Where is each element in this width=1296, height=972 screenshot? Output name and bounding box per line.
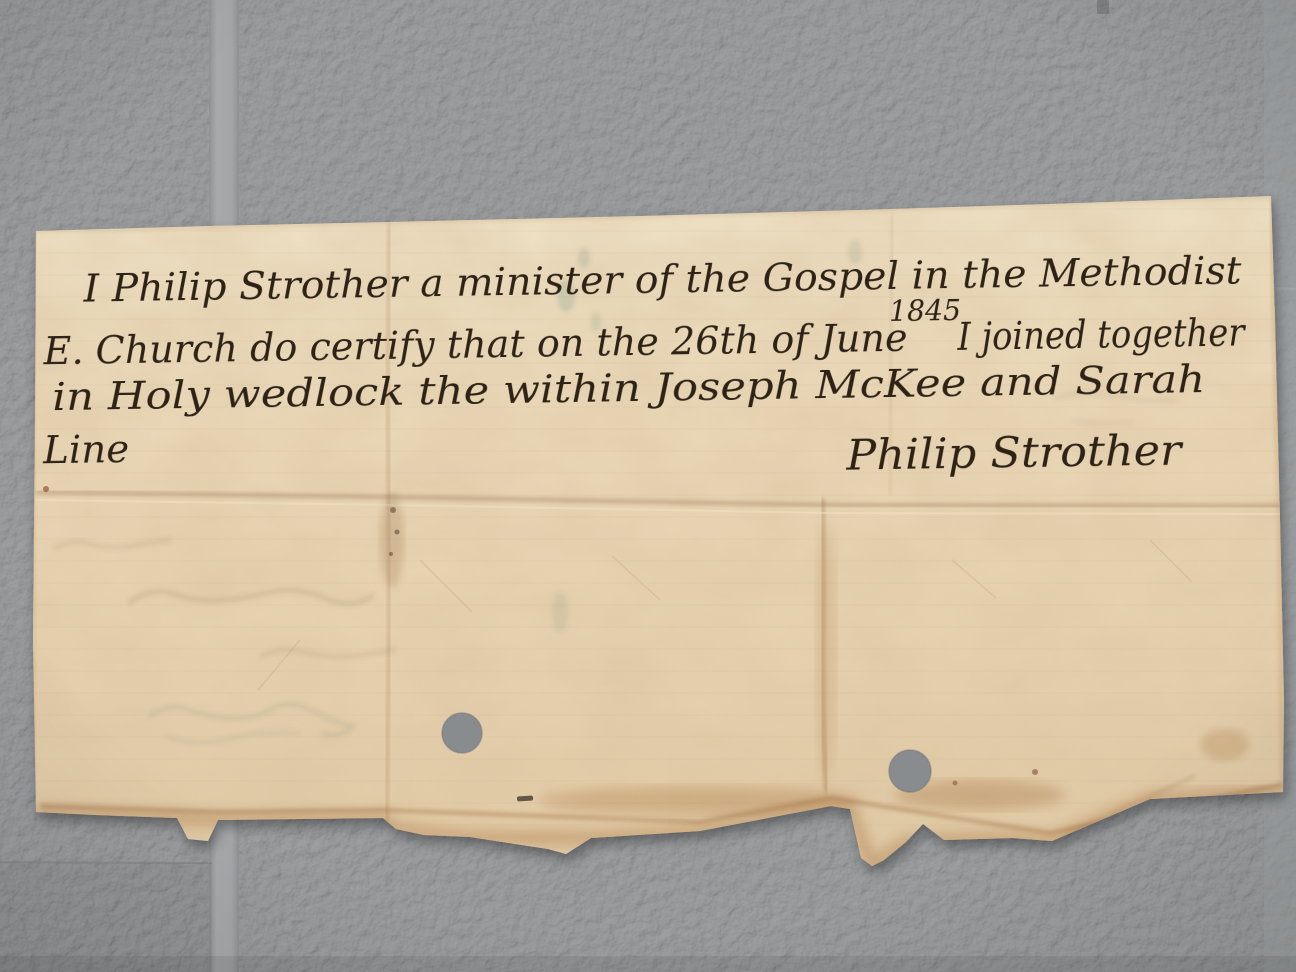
photo-bottom-shade	[0, 956, 1296, 972]
scene: I Philip Strother a minister of the Gosp…	[0, 0, 1296, 972]
photo-vignette	[0, 0, 1296, 972]
photo-frame: I Philip Strother a minister of the Gosp…	[0, 0, 1296, 972]
